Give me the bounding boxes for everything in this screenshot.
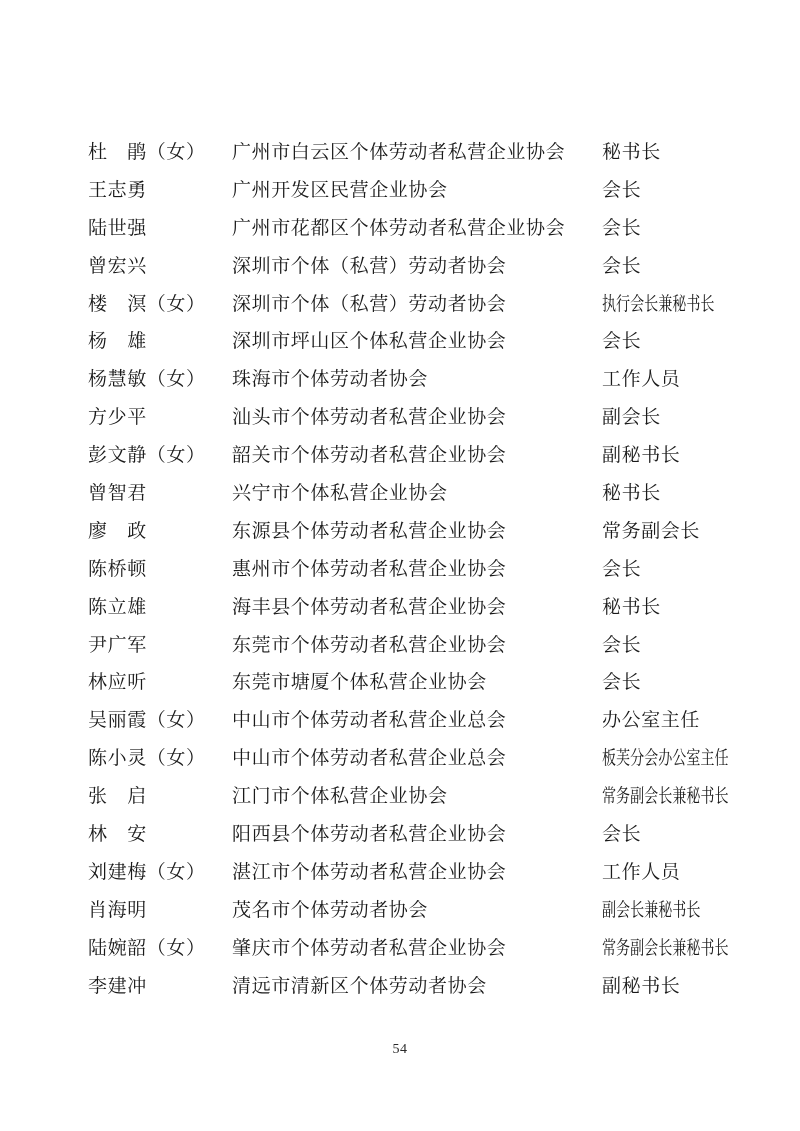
table-row: 刘建梅（女）湛江市个体劳动者私营企业协会工作人员	[0, 854, 800, 892]
organization-name: 海丰县个体劳动者私营企业协会	[232, 589, 506, 627]
table-row: 吴丽霞（女）中山市个体劳动者私营企业总会办公室主任	[0, 702, 800, 740]
organization-name: 韶关市个体劳动者私营企业协会	[232, 437, 506, 475]
position-title: 工作人员	[602, 361, 680, 399]
table-row: 林 安阳西县个体劳动者私营企业协会会长	[0, 816, 800, 854]
member-name: 陈立雄	[88, 589, 147, 627]
member-name: 林应听	[88, 664, 147, 702]
position-title: 会长	[602, 323, 641, 361]
position-title: 副秘书长	[602, 968, 680, 1006]
member-name: 陆婉韶（女）	[88, 930, 206, 968]
organization-name: 广州开发区民营企业协会	[232, 172, 448, 210]
table-row: 陈小灵（女）中山市个体劳动者私营企业总会板芙分会办公室主任	[0, 740, 800, 778]
organization-name: 广州市白云区个体劳动者私营企业协会	[232, 134, 565, 172]
position-title: 会长	[602, 248, 641, 286]
organization-name: 东莞市个体劳动者私营企业协会	[232, 627, 506, 665]
position-title: 常务副会长兼秘书长	[602, 930, 729, 968]
organization-name: 广州市花都区个体劳动者私营企业协会	[232, 210, 565, 248]
page-number: 54	[0, 1040, 800, 1060]
position-title: 执行会长兼秘书长	[602, 286, 714, 324]
position-title: 会长	[602, 627, 641, 665]
table-row: 彭文静（女）韶关市个体劳动者私营企业协会副秘书长	[0, 437, 800, 475]
position-title: 秘书长	[602, 589, 661, 627]
member-name: 杨 雄	[88, 323, 147, 361]
position-title: 办公室主任	[602, 702, 700, 740]
position-title: 秘书长	[602, 134, 661, 172]
member-name: 杜 鹃（女）	[88, 134, 206, 172]
member-name: 廖 政	[88, 513, 147, 551]
organization-name: 珠海市个体劳动者协会	[232, 361, 428, 399]
organization-name: 深圳市坪山区个体私营企业协会	[232, 323, 506, 361]
organization-name: 兴宁市个体私营企业协会	[232, 475, 448, 513]
table-row: 王志勇广州开发区民营企业协会会长	[0, 172, 800, 210]
organization-name: 江门市个体私营企业协会	[232, 778, 448, 816]
member-name: 张 启	[88, 778, 147, 816]
position-title: 副会长兼秘书长	[602, 892, 700, 930]
member-name: 刘建梅（女）	[88, 854, 206, 892]
member-name: 方少平	[88, 399, 147, 437]
table-row: 肖海明茂名市个体劳动者协会副会长兼秘书长	[0, 892, 800, 930]
organization-name: 中山市个体劳动者私营企业总会	[232, 702, 506, 740]
member-name: 陆世强	[88, 210, 147, 248]
position-title: 会长	[602, 210, 641, 248]
organization-name: 汕头市个体劳动者私营企业协会	[232, 399, 506, 437]
table-row: 曾宏兴深圳市个体（私营）劳动者协会会长	[0, 248, 800, 286]
table-row: 李建冲清远市清新区个体劳动者协会副秘书长	[0, 968, 800, 1006]
member-name: 陈小灵（女）	[88, 740, 206, 778]
table-row: 陈桥顿惠州市个体劳动者私营企业协会会长	[0, 551, 800, 589]
member-name: 陈桥顿	[88, 551, 147, 589]
table-row: 张 启江门市个体私营企业协会常务副会长兼秘书长	[0, 778, 800, 816]
table-row: 方少平汕头市个体劳动者私营企业协会副会长	[0, 399, 800, 437]
table-row: 陈立雄海丰县个体劳动者私营企业协会秘书长	[0, 589, 800, 627]
member-name: 尹广军	[88, 627, 147, 665]
table-row: 杨 雄深圳市坪山区个体私营企业协会会长	[0, 323, 800, 361]
table-row: 廖 政东源县个体劳动者私营企业协会常务副会长	[0, 513, 800, 551]
table-row: 尹广军东莞市个体劳动者私营企业协会会长	[0, 627, 800, 665]
position-title: 会长	[602, 816, 641, 854]
organization-name: 深圳市个体（私营）劳动者协会	[232, 286, 506, 324]
position-title: 板芙分会办公室主任	[602, 740, 729, 778]
member-name: 彭文静（女）	[88, 437, 206, 475]
table-row: 杜 鹃（女）广州市白云区个体劳动者私营企业协会秘书长	[0, 134, 800, 172]
position-title: 秘书长	[602, 475, 661, 513]
position-title: 副秘书长	[602, 437, 680, 475]
table-row: 陆世强广州市花都区个体劳动者私营企业协会会长	[0, 210, 800, 248]
member-name: 李建冲	[88, 968, 147, 1006]
position-title: 常务副会长兼秘书长	[602, 778, 729, 816]
member-name: 曾智君	[88, 475, 147, 513]
table-row: 陆婉韶（女）肇庆市个体劳动者私营企业协会常务副会长兼秘书长	[0, 930, 800, 968]
organization-name: 深圳市个体（私营）劳动者协会	[232, 248, 506, 286]
position-title: 会长	[602, 664, 641, 702]
organization-name: 惠州市个体劳动者私营企业协会	[232, 551, 506, 589]
member-name: 肖海明	[88, 892, 147, 930]
position-title: 会长	[602, 172, 641, 210]
table-row: 曾智君兴宁市个体私营企业协会秘书长	[0, 475, 800, 513]
member-name: 吴丽霞（女）	[88, 702, 206, 740]
member-name: 楼 溟（女）	[88, 286, 206, 324]
member-name: 杨慧敏（女）	[88, 361, 206, 399]
table-row: 楼 溟（女）深圳市个体（私营）劳动者协会执行会长兼秘书长	[0, 286, 800, 324]
organization-name: 东莞市塘厦个体私营企业协会	[232, 664, 487, 702]
position-title: 副会长	[602, 399, 661, 437]
member-name: 林 安	[88, 816, 147, 854]
organization-name: 中山市个体劳动者私营企业总会	[232, 740, 506, 778]
organization-name: 阳西县个体劳动者私营企业协会	[232, 816, 506, 854]
roster-table: 杜 鹃（女）广州市白云区个体劳动者私营企业协会秘书长王志勇广州开发区民营企业协会…	[0, 134, 800, 1005]
position-title: 会长	[602, 551, 641, 589]
position-title: 常务副会长	[602, 513, 700, 551]
table-row: 杨慧敏（女）珠海市个体劳动者协会工作人员	[0, 361, 800, 399]
organization-name: 清远市清新区个体劳动者协会	[232, 968, 487, 1006]
member-name: 曾宏兴	[88, 248, 147, 286]
organization-name: 东源县个体劳动者私营企业协会	[232, 513, 506, 551]
document-page: 杜 鹃（女）广州市白云区个体劳动者私营企业协会秘书长王志勇广州开发区民营企业协会…	[0, 0, 800, 1131]
organization-name: 湛江市个体劳动者私营企业协会	[232, 854, 506, 892]
table-row: 林应听东莞市塘厦个体私营企业协会会长	[0, 664, 800, 702]
position-title: 工作人员	[602, 854, 680, 892]
member-name: 王志勇	[88, 172, 147, 210]
organization-name: 肇庆市个体劳动者私营企业协会	[232, 930, 506, 968]
organization-name: 茂名市个体劳动者协会	[232, 892, 428, 930]
